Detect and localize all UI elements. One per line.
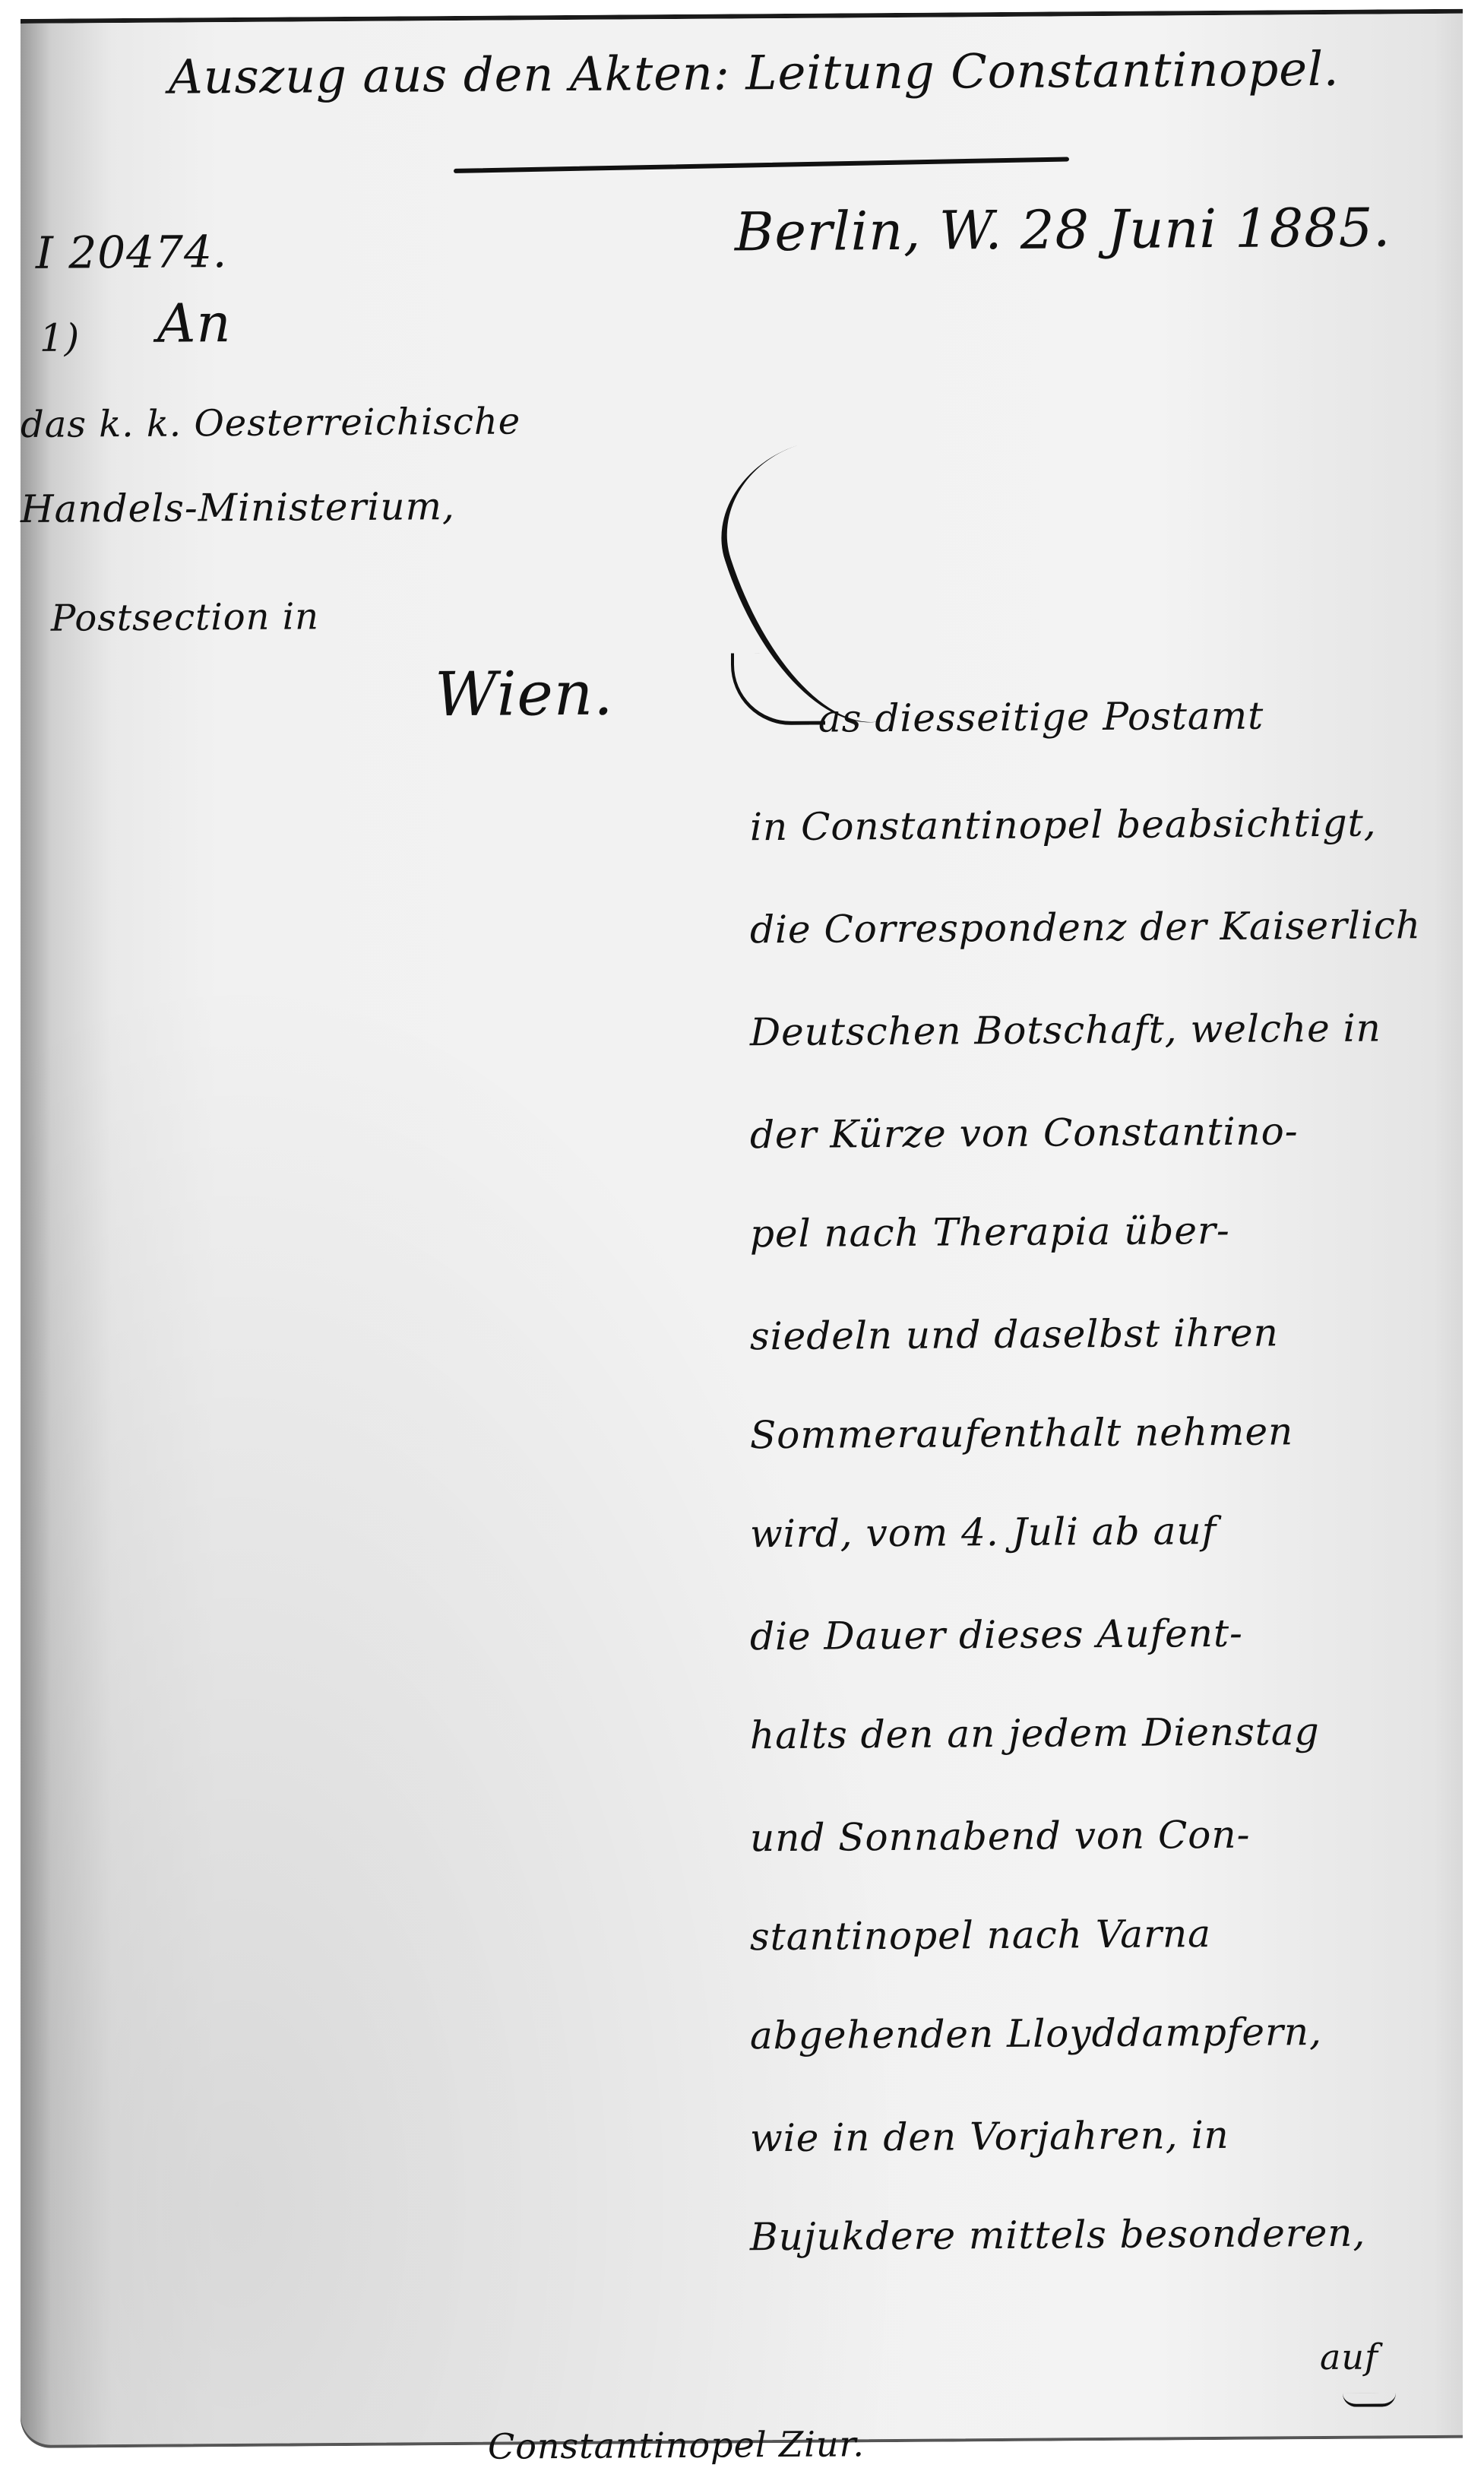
body-line: in Constantinopel beabsichtigt, (750, 801, 1377, 850)
header-underline (454, 157, 1069, 173)
body-line: Sommeraufenthalt nehmen (750, 1409, 1293, 1457)
body-line: Bujukdere mittels besonderen, (750, 2211, 1365, 2260)
manuscript-page: Auszug aus den Akten: Leitung Constantin… (21, 9, 1463, 2448)
body-line: und Sonnabend von Con- (750, 1813, 1250, 1861)
body-line: siedeln und daselbst ihren (750, 1310, 1279, 1358)
body-line: Deutschen Botschaft, welche in (750, 1006, 1381, 1054)
catchword: auf (1320, 2336, 1378, 2378)
body-line: der Kürze von Constantino- (750, 1109, 1299, 1157)
body-line: wie in den Vorjahren, in (750, 2113, 1229, 2160)
body-line: as diesseitige Postamt (818, 694, 1264, 741)
addressee-line: das k. k. Oesterreichische (21, 400, 521, 446)
body-line: die Dauer dieses Aufent- (750, 1611, 1243, 1659)
body-line: pel nach Therapia über- (750, 1209, 1230, 1256)
dateline: Berlin, W. 28 Juni 1885. (735, 196, 1391, 263)
body-line: halts den an jedem Dienstag (750, 1709, 1320, 1757)
catchword-flourish (1343, 2393, 1396, 2406)
item-number: 1) (40, 315, 80, 360)
reference-number: I 20474. (36, 226, 227, 279)
header-title: Auszug aus den Akten: Leitung Constantin… (169, 41, 1340, 105)
body-line: wird, vom 4. Juli ab auf (750, 1509, 1217, 1556)
addressee-line: Handels-Ministerium, (21, 484, 455, 531)
decorative-initial-flourish (731, 653, 825, 726)
addressee-line: Postsection in (51, 595, 319, 639)
salutation-to: An (157, 292, 232, 355)
addressee-city: Wien. (435, 658, 614, 730)
body-line: abgehenden Lloyddampfern, (750, 2010, 1322, 2058)
body-line: stantinopel nach Varna (750, 1912, 1211, 1959)
body-line: die Correspondenz der Kaiserlich (750, 903, 1421, 952)
footer-note: Constantinopel Ziur. (488, 2423, 865, 2466)
